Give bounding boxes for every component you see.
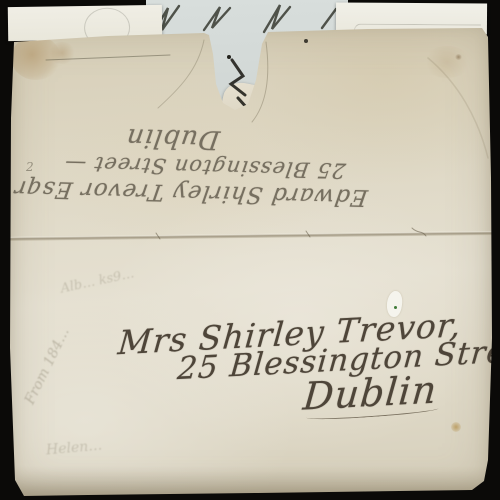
- folded-letter-front: Edward Shirley Trevor Esqr 25 Blessingto…: [8, 28, 492, 497]
- reverse-address-line-3: Dublin: [25, 119, 221, 154]
- front-address-block: Mrs Shirley Trevor, 25 Blessington Stree…: [99, 304, 490, 430]
- ink-dot: [227, 55, 231, 59]
- pencil-mark-left-edge: 2: [26, 160, 34, 174]
- photo-of-entire-letter: Edward Shirley Trevor Esqr 25 Blessingto…: [0, 0, 500, 500]
- ink-speck: [304, 39, 308, 43]
- reverse-address-block: Edward Shirley Trevor Esqr 25 Blessingto…: [18, 62, 389, 211]
